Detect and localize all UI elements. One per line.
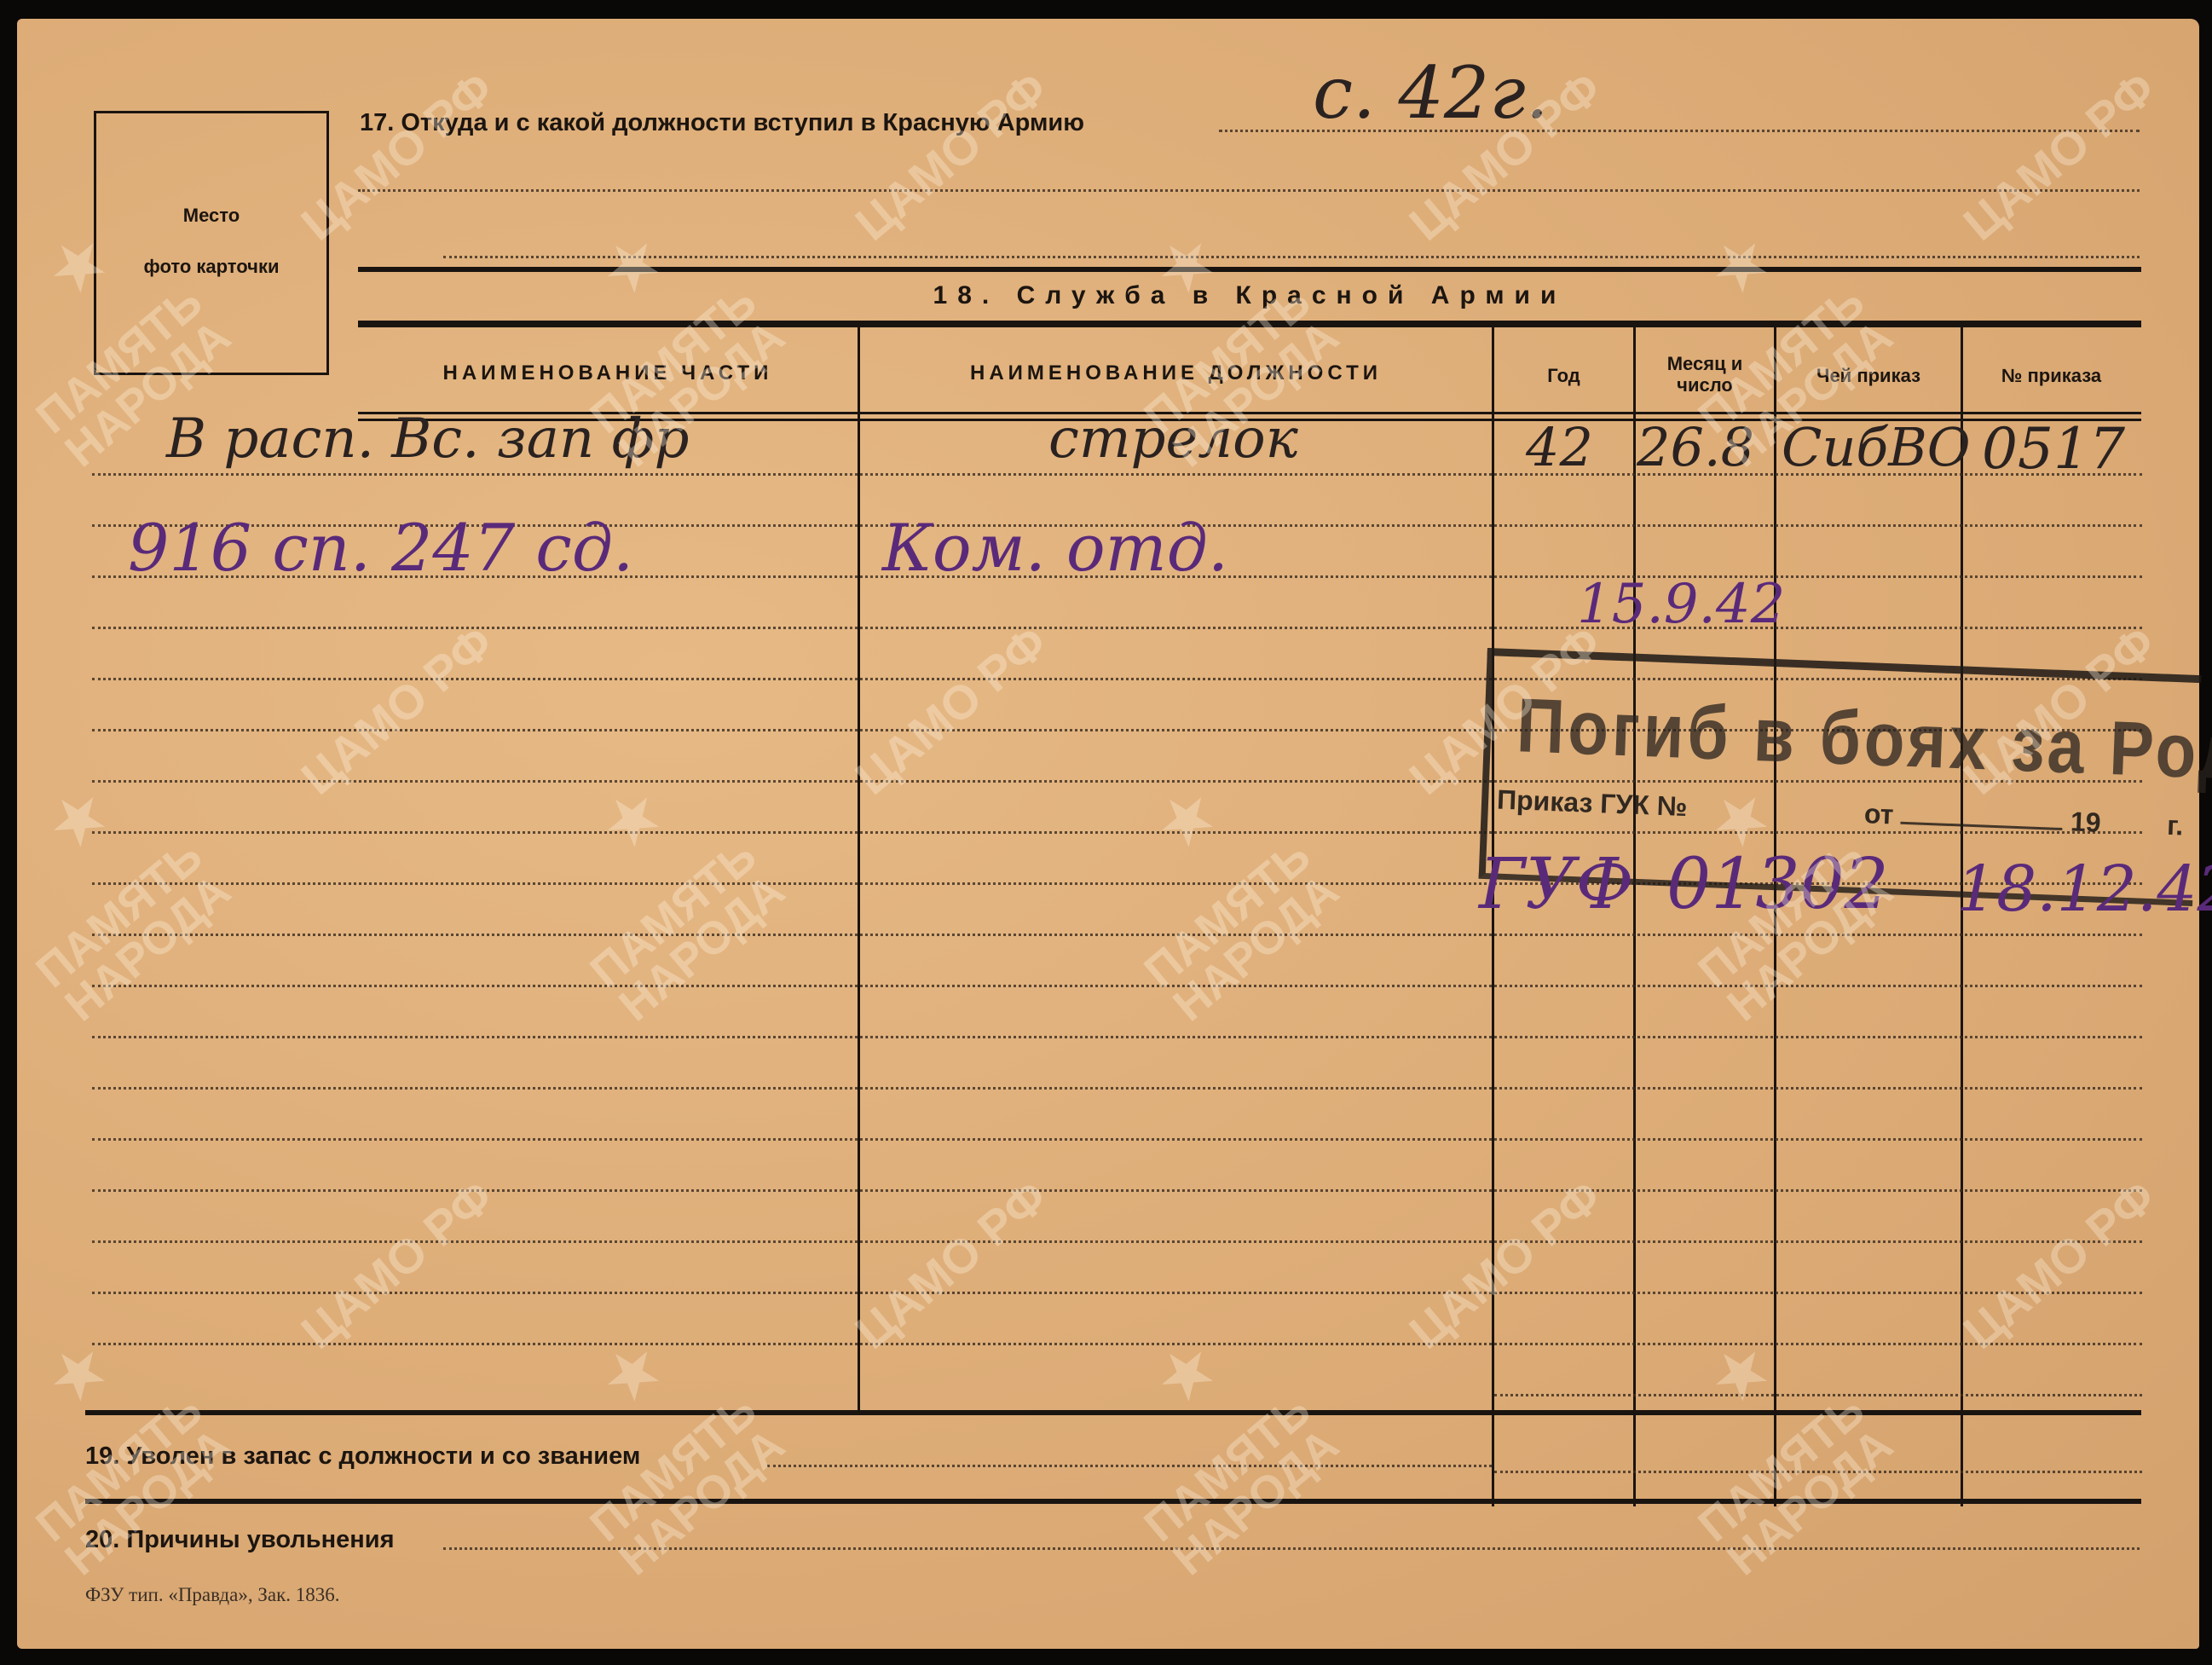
column-divider-1 — [858, 326, 860, 1413]
stamp-main-text: Погиб в боях за Родину — [1516, 680, 2212, 802]
photo-label-line1: Место — [96, 205, 326, 227]
stamp-order-line: Приказ ГУК № от 19 г. — [1496, 784, 2184, 842]
item17-handwritten-value: с. 42г. — [1313, 51, 1549, 135]
column-header-year: Год — [1494, 365, 1633, 386]
column-header-unit: НАИМЕНОВАНИЕ ЧАСТИ — [358, 361, 858, 385]
section18-top-rule — [358, 267, 2141, 272]
column-header-order-by: Чей приказ — [1776, 365, 1961, 386]
column-header-month-day: Месяц и число — [1636, 353, 1774, 396]
section18-title: 18. Служба в Красной Армии — [358, 281, 2141, 310]
row1-order-no: 0517 — [1982, 416, 2125, 482]
row1-position: стрелок — [1048, 408, 1298, 471]
order-annotation-number: 01302 — [1666, 844, 1889, 925]
row2-unit: 916 сп. 247 сд. — [128, 510, 633, 586]
row1-year: 42 — [1526, 416, 1593, 478]
item20-label: 20. Причины увольнения — [85, 1526, 395, 1554]
section18-bottom-rule — [85, 1410, 2141, 1415]
item19-bottom-rule — [85, 1499, 2141, 1504]
section18-header-rule — [358, 321, 2141, 327]
item17-dotted-line-3 — [443, 256, 2140, 258]
row2-position: Ком. отд. — [882, 510, 1228, 586]
row1-order-by: СибВО — [1782, 416, 1971, 478]
row1-unit: В расп. Вс. зап фр — [166, 408, 690, 471]
printer-mark: ФЗУ тип. «Правда», Зак. 1836. — [85, 1584, 340, 1606]
order-annotation-date: 18.12.42 — [1956, 853, 2212, 926]
order-annotation-authority: ГУФ — [1479, 844, 1634, 925]
item17-label: 17. Откуда и с какой должности вступил в… — [360, 109, 1084, 137]
photo-box-top-border — [96, 111, 326, 113]
photo-box-bottom-border — [96, 373, 326, 375]
photo-label-line2: фото карточки — [96, 256, 326, 278]
item19-label: 19. Уволен в запас с должности и со зван… — [85, 1442, 640, 1471]
item20-dotted-line — [443, 1547, 2140, 1550]
item17-dotted-line-2 — [358, 189, 2140, 192]
row1-month-day: 26.8 — [1637, 416, 1754, 478]
column-header-position: НАИМЕНОВАНИЕ ДОЛЖНОСТИ — [860, 361, 1492, 385]
annotation-date: 15.9.42 — [1577, 573, 1785, 636]
item19-dotted-line — [767, 1465, 1492, 1467]
photo-placeholder-box: Место фото карточки — [94, 111, 329, 375]
column-header-order-no: № приказа — [1963, 365, 2140, 386]
